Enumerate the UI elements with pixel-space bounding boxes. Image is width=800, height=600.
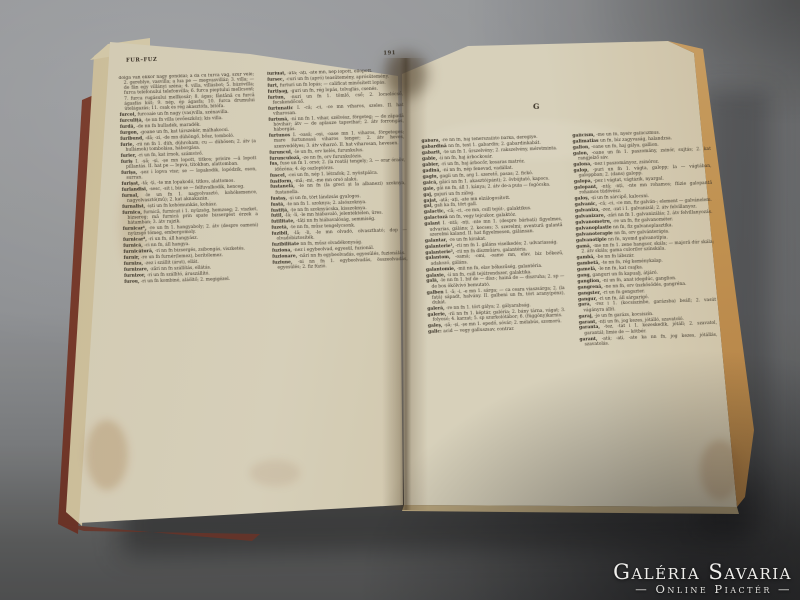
book-photo-scene: FUR–FUZ 191 dolga van ekkor nagy gonddal… — [0, 0, 800, 600]
watermark-dark-area — [0, 0, 800, 600]
watermark-title: Galéria Savaria — [613, 560, 792, 584]
watermark-subtitle: — Online Piactér — — [613, 582, 792, 596]
watermark: Galéria Savaria — Online Piactér — — [613, 560, 792, 596]
